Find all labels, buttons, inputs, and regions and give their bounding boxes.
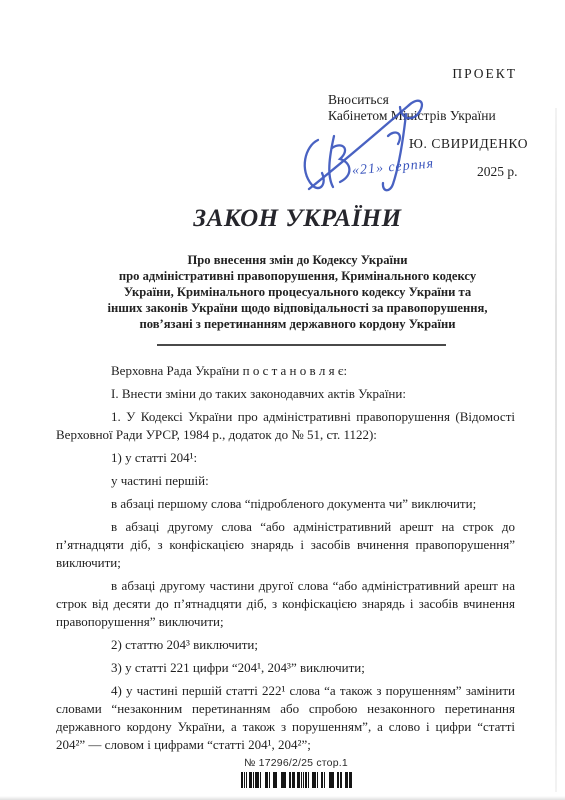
- subtitle-line: України, Кримінального процесуального ко…: [40, 284, 555, 300]
- body-paragraph: 1. У Кодексі України про адміністративні…: [56, 408, 515, 444]
- body-paragraph: в абзаці першому слова “підробленого док…: [56, 495, 515, 513]
- body-paragraph: у частині першій:: [56, 472, 515, 490]
- subtitle-line: про адміністративні правопорушення, Крим…: [40, 268, 555, 284]
- body-paragraph: 3) у статті 221 цифри “204¹, 204³” виклю…: [56, 659, 515, 677]
- body-paragraph: І. Внести зміни до таких законодавчих ак…: [56, 385, 515, 403]
- body-paragraph: 2) статтю 204³ виключити;: [56, 636, 515, 654]
- law-title: ЗАКОН УКРАЇНИ: [30, 205, 565, 233]
- body-paragraph: в абзаці другому слова “або адміністрати…: [56, 518, 515, 572]
- scanned-law-draft-page: ПРОЕКТ Вноситься Кабінетом Міністрів Укр…: [0, 0, 565, 800]
- document-body: Верховна Рада України п о с т а н о в л …: [56, 362, 515, 759]
- barcode: [241, 772, 353, 788]
- title-divider-line: [157, 344, 446, 346]
- registration-number: № 17296/2/25 стор.1: [0, 757, 565, 769]
- law-subtitle: Про внесення змін до Кодексу України про…: [40, 252, 555, 332]
- body-paragraph: 4) у частині першій статті 222¹ слова “а…: [56, 682, 515, 754]
- subtitle-line: пов’язані з перетинанням державного корд…: [40, 316, 555, 332]
- subtitle-line: інших законів України щодо відповідально…: [40, 300, 555, 316]
- subtitle-line: Про внесення змін до Кодексу України: [40, 252, 555, 268]
- signatory-name: Ю. СВИРИДЕНКО: [409, 136, 528, 152]
- body-paragraph: Верховна Рада України п о с т а н о в л …: [56, 362, 515, 380]
- scan-bottom-shadow: [0, 796, 565, 800]
- year-label: 2025 р.: [477, 164, 518, 180]
- project-label: ПРОЕКТ: [452, 66, 517, 82]
- body-paragraph: в абзаці другому частини другої слова “а…: [56, 577, 515, 631]
- body-paragraph: 1) у статті 204¹:: [56, 449, 515, 467]
